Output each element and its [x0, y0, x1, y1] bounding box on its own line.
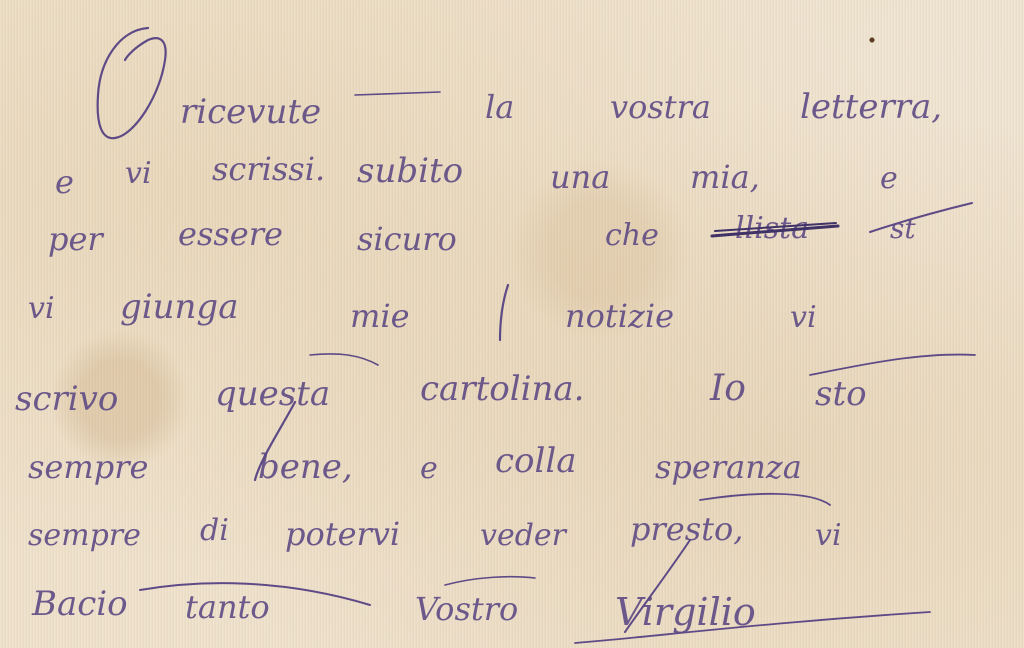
svg-text:Io: Io: [709, 368, 746, 409]
svg-text:vostra: vostra: [610, 88, 711, 126]
svg-text:la: la: [485, 88, 514, 126]
svg-text:sempre: sempre: [28, 518, 141, 553]
postcard: O ricevuto la vostra lettera, e vi scris…: [0, 0, 1024, 648]
svg-text:colla: colla: [495, 441, 577, 481]
svg-text:scrissi.: scrissi.: [212, 150, 325, 188]
svg-text:vi: vi: [815, 518, 842, 553]
svg-text:sto: sto: [815, 374, 867, 414]
svg-text:vi: vi: [125, 156, 152, 191]
svg-text:vi: vi: [28, 291, 55, 326]
svg-text:subito: subito: [357, 151, 463, 191]
svg-text:per: per: [48, 220, 104, 258]
svg-text:sicuro: sicuro: [357, 220, 457, 258]
svg-text:mie: mie: [350, 297, 410, 335]
svg-text:cartolina.: cartolina.: [420, 369, 584, 409]
svg-text:mia,: mia,: [690, 158, 760, 196]
svg-text:potervi: potervi: [285, 515, 400, 553]
svg-text:veder: veder: [480, 518, 568, 553]
svg-text:notizie: notizie: [565, 297, 674, 335]
svg-text:vi: vi: [790, 300, 817, 335]
svg-text:giunga: giunga: [120, 287, 238, 327]
svg-text:Bacio: Bacio: [31, 584, 128, 624]
svg-text:e: e: [880, 161, 898, 196]
svg-text:sempre: sempre: [28, 448, 148, 486]
svg-text:letterra,: letterra,: [800, 87, 942, 127]
handwriting-ink: ricevute la vostra letterra, e vi scriss…: [0, 0, 1024, 648]
svg-text:una: una: [550, 158, 610, 196]
svg-text:st: st: [890, 212, 916, 245]
svg-text:e: e: [55, 163, 74, 201]
svg-text:questa: questa: [215, 374, 330, 414]
svg-text:speranza: speranza: [655, 448, 802, 486]
svg-text:tanto: tanto: [185, 588, 270, 626]
svg-text:scrivo: scrivo: [15, 379, 118, 419]
svg-text:essere: essere: [178, 215, 283, 253]
svg-text:di: di: [200, 513, 229, 548]
word-ricevuto: ricevute: [180, 92, 321, 132]
svg-text:e: e: [420, 451, 438, 486]
svg-text:presto,: presto,: [630, 510, 743, 548]
svg-text:bene,: bene,: [258, 447, 353, 487]
svg-text:Vostro: Vostro: [415, 590, 518, 628]
svg-text:che: che: [605, 218, 659, 253]
